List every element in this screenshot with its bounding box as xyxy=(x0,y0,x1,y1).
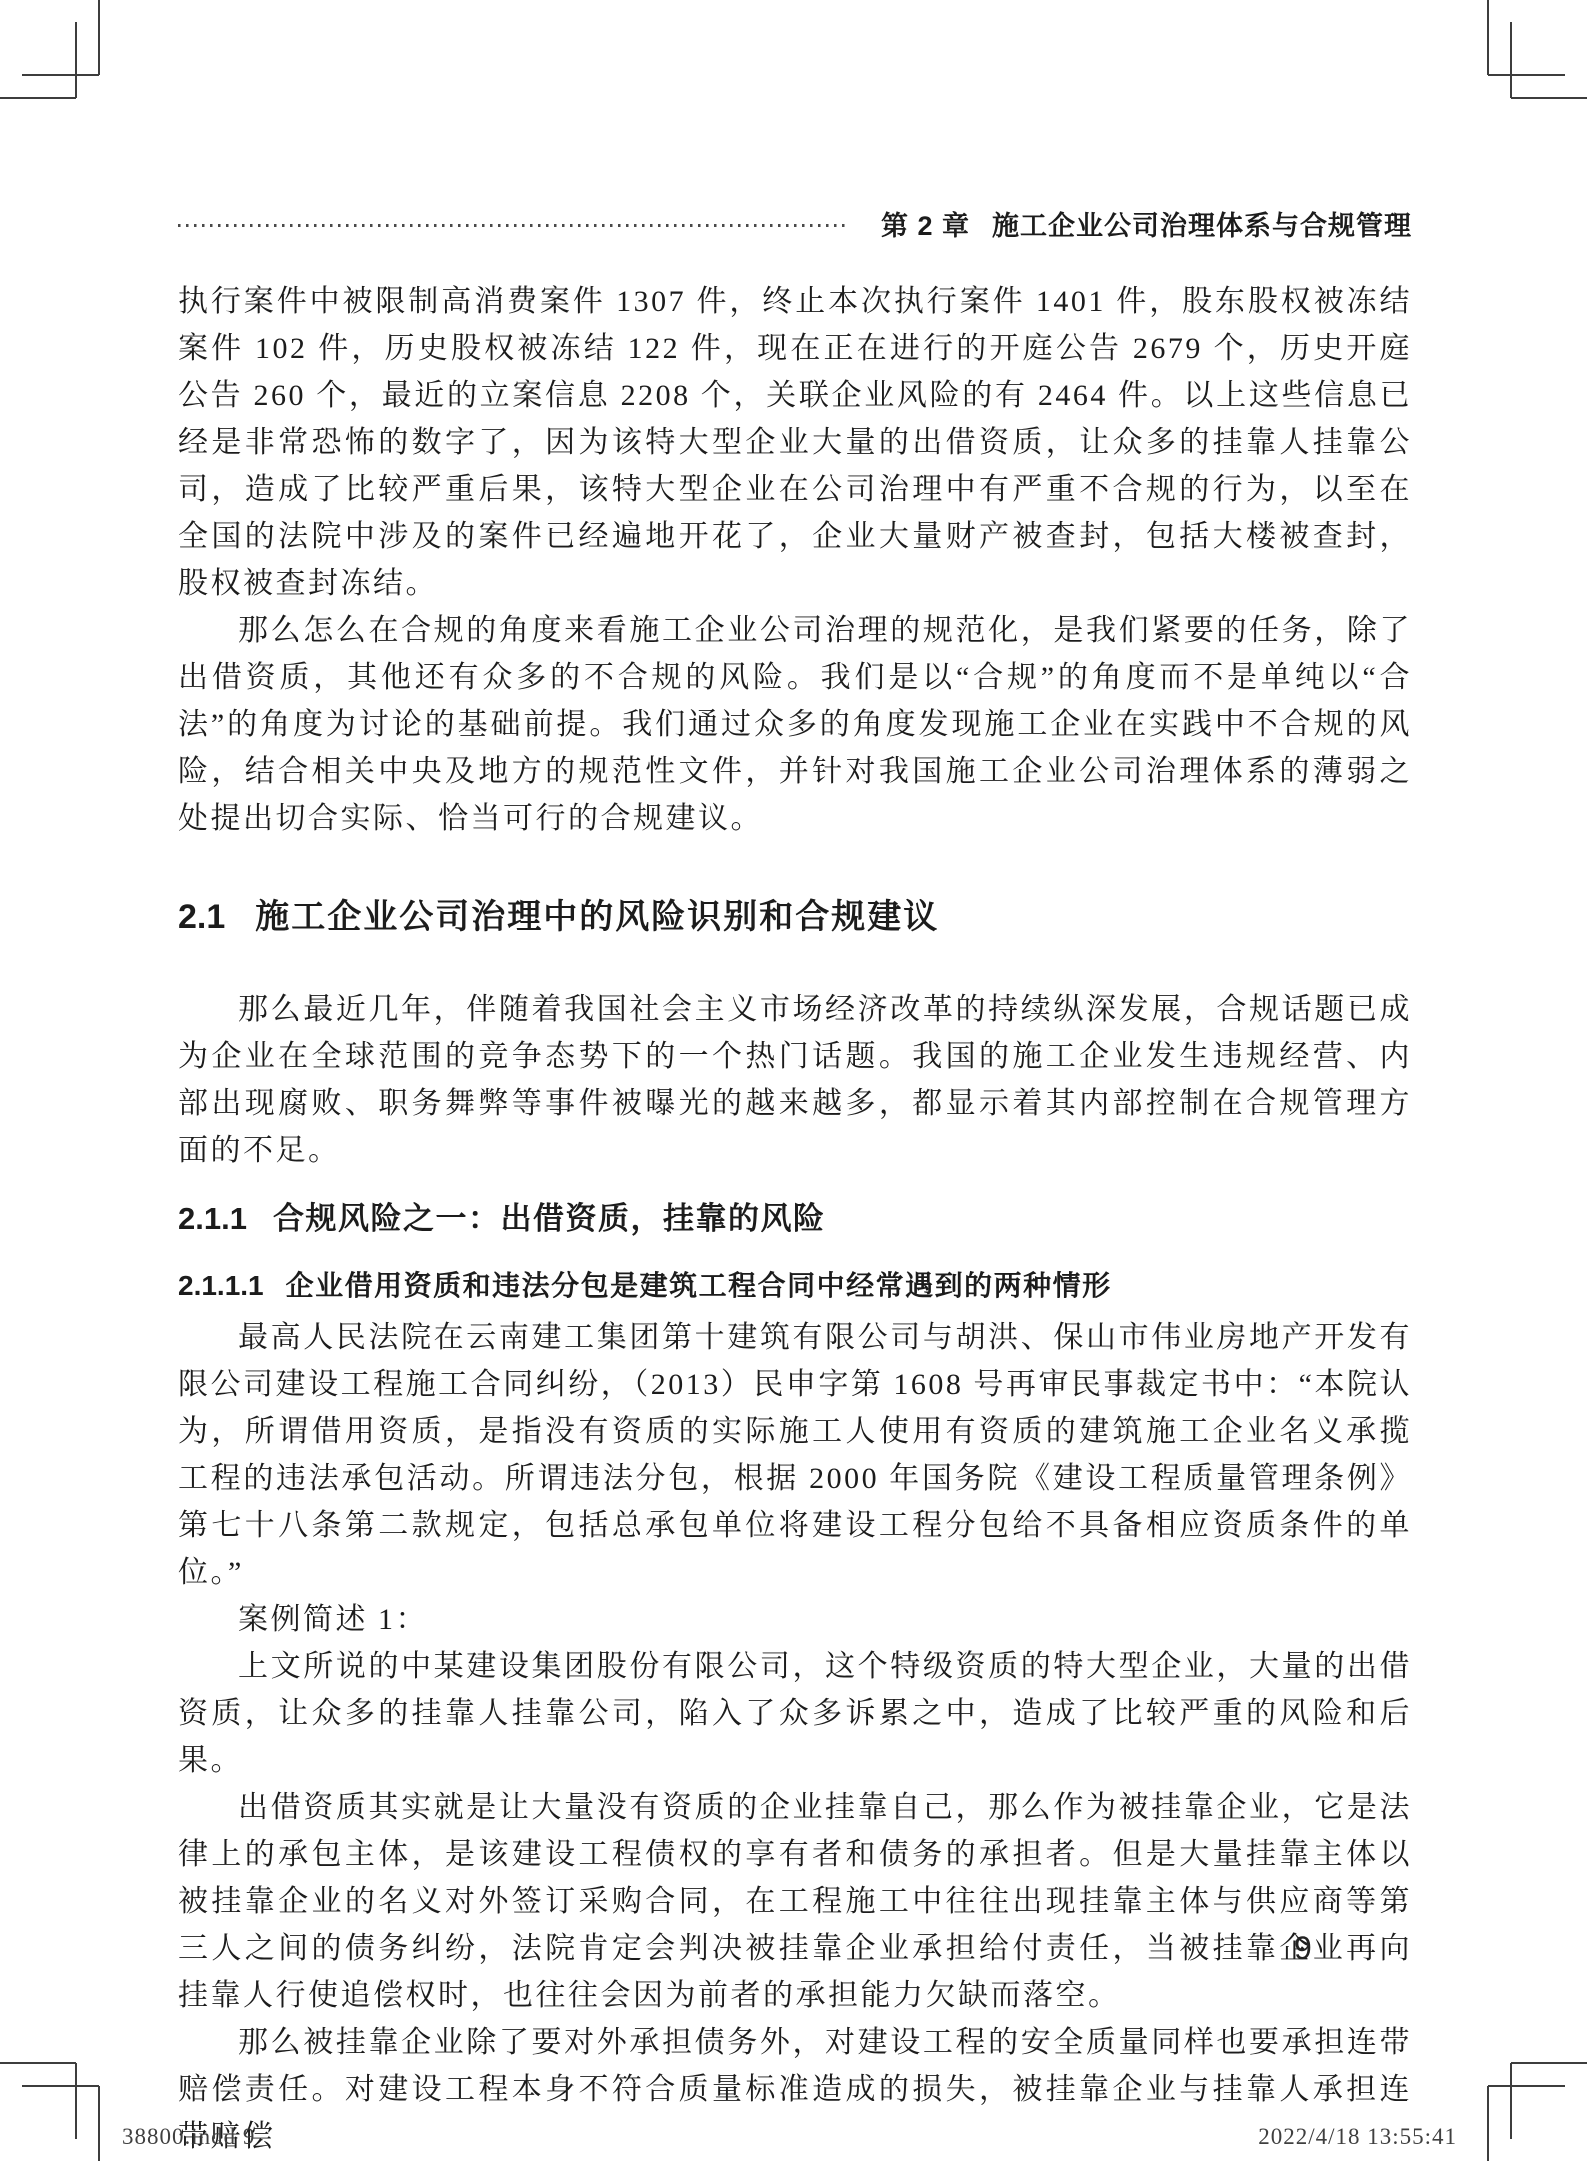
paragraph: 最高人民法院在云南建工集团第十建筑有限公司与胡洪、保山市伟业房地产开发有限公司建… xyxy=(178,1314,1412,1596)
section-title: 企业借用资质和违法分包是建筑工程合同中经常遇到的两种情形 xyxy=(286,1270,1112,1301)
paragraph: 出借资质其实就是让大量没有资质的企业挂靠自己，那么作为被挂靠企业，它是法律上的承… xyxy=(178,1784,1412,2019)
chapter-number: 第 2 章 xyxy=(881,211,970,241)
paragraph-continuation: 执行案件中被限制高消费案件 1307 件，终止本次执行案件 1401 件，股东股… xyxy=(178,278,1412,607)
chapter-title: 施工企业公司治理体系与合规管理 xyxy=(992,211,1412,241)
paragraph: 那么怎么在合规的角度来看施工企业公司治理的规范化，是我们紧要的任务，除了出借资质… xyxy=(178,607,1412,842)
section-number: 2.1 xyxy=(178,898,225,936)
page-body: 执行案件中被限制高消费案件 1307 件，终止本次执行案件 1401 件，股东股… xyxy=(178,278,1412,2160)
print-footer-filename: 38800.indd 9 xyxy=(122,2124,255,2150)
header-dotted-rule xyxy=(178,224,847,227)
paragraph: 那么最近几年，伴随着我国社会主义市场经济改革的持续纵深发展，合规话题已成为企业在… xyxy=(178,986,1412,1174)
paragraph: 上文所说的中某建设集团股份有限公司，这个特级资质的特大型企业，大量的出借资质，让… xyxy=(178,1643,1412,1784)
page-number: 9 xyxy=(1294,1930,1312,1967)
section-heading-2-1: 2.1施工企业公司治理中的风险识别和合规建议 xyxy=(178,892,1412,942)
section-title: 合规风险之一：出借资质，挂靠的风险 xyxy=(273,1201,826,1236)
section-heading-2-1-1: 2.1.1合规风险之一：出借资质，挂靠的风险 xyxy=(178,1196,1412,1242)
case-brief-label: 案例简述 1： xyxy=(178,1596,1412,1643)
paragraph: 那么被挂靠企业除了要对外承担债务外，对建设工程的安全质量同样也要承担连带赔偿责任… xyxy=(178,2019,1412,2160)
section-number: 2.1.1.1 xyxy=(178,1270,264,1301)
chapter-header: 第 2 章施工企业公司治理体系与合规管理 xyxy=(881,204,1412,243)
section-number: 2.1.1 xyxy=(178,1201,247,1236)
book-page: 第 2 章施工企业公司治理体系与合规管理 执行案件中被限制高消费案件 1307 … xyxy=(0,0,1587,2161)
section-title: 施工企业公司治理中的风险识别和合规建议 xyxy=(255,898,939,936)
print-footer-timestamp: 2022/4/18 13:55:41 xyxy=(1258,2124,1457,2150)
section-heading-2-1-1-1: 2.1.1.1企业借用资质和违法分包是建筑工程合同中经常遇到的两种情形 xyxy=(178,1264,1412,1308)
running-header: 第 2 章施工企业公司治理体系与合规管理 xyxy=(178,204,1412,243)
